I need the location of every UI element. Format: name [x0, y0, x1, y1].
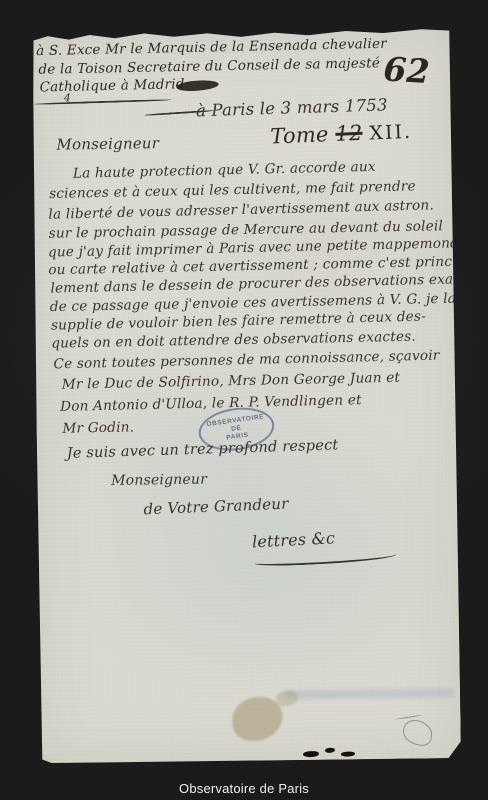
- address-block: à S. Exce Mr le Marquis de la Ensenada c…: [31, 28, 451, 34]
- body-line: Ce sont toutes personnes de ma connoissa…: [53, 348, 439, 373]
- edge-mark: [303, 751, 319, 757]
- tome-heading: Tome 12 XII.: [270, 119, 413, 149]
- stain: [276, 690, 298, 706]
- body-line: Don Antonio d'Ulloa, le R. P. Vendlingen…: [60, 392, 362, 415]
- edge-mark: [341, 752, 355, 757]
- address-line: Catholique à Madrid: [39, 76, 184, 95]
- address-line: de la Toison Secretaire du Conseil de sa…: [38, 55, 380, 78]
- signature-flourish: [254, 550, 396, 567]
- folio-number: 62: [382, 49, 430, 91]
- tome-roman-numeral: XII.: [369, 121, 412, 145]
- closing-respect: Je suis avec un trez profond respect: [67, 437, 339, 462]
- address-underline: [34, 99, 172, 105]
- corner-scribble: [400, 717, 436, 749]
- salutation: Monseigneur: [56, 134, 159, 153]
- closing-lettres: lettres &c: [252, 528, 336, 551]
- tome-struck-number: 12: [335, 121, 363, 146]
- caption: Observatoire de Paris: [0, 781, 488, 796]
- corner-scribble-stroke: [396, 715, 422, 720]
- dateline: à Paris le 3 mars 1753: [196, 95, 388, 120]
- ink-showthrough: [284, 688, 454, 699]
- edge-mark: [325, 748, 335, 753]
- letter-body: La haute protection que V. Gr. accorde a…: [31, 28, 451, 34]
- letter-paper: à S. Exce Mr le Marquis de la Ensenada c…: [31, 28, 461, 764]
- body-line: Mr le Duc de Solfirino, Mrs Don George J…: [62, 370, 401, 393]
- closing-monseigneur: Monseigneur: [111, 472, 207, 489]
- closing-grandeur: de Votre Grandeur: [143, 495, 289, 519]
- tome-label: Tome: [270, 122, 329, 148]
- body-line: Mr Godin.: [62, 419, 134, 436]
- photo-background: à S. Exce Mr le Marquis de la Ensenada c…: [0, 0, 488, 800]
- stain: [232, 697, 283, 742]
- body-line: La haute protection que V. Gr. accorde a…: [73, 159, 376, 182]
